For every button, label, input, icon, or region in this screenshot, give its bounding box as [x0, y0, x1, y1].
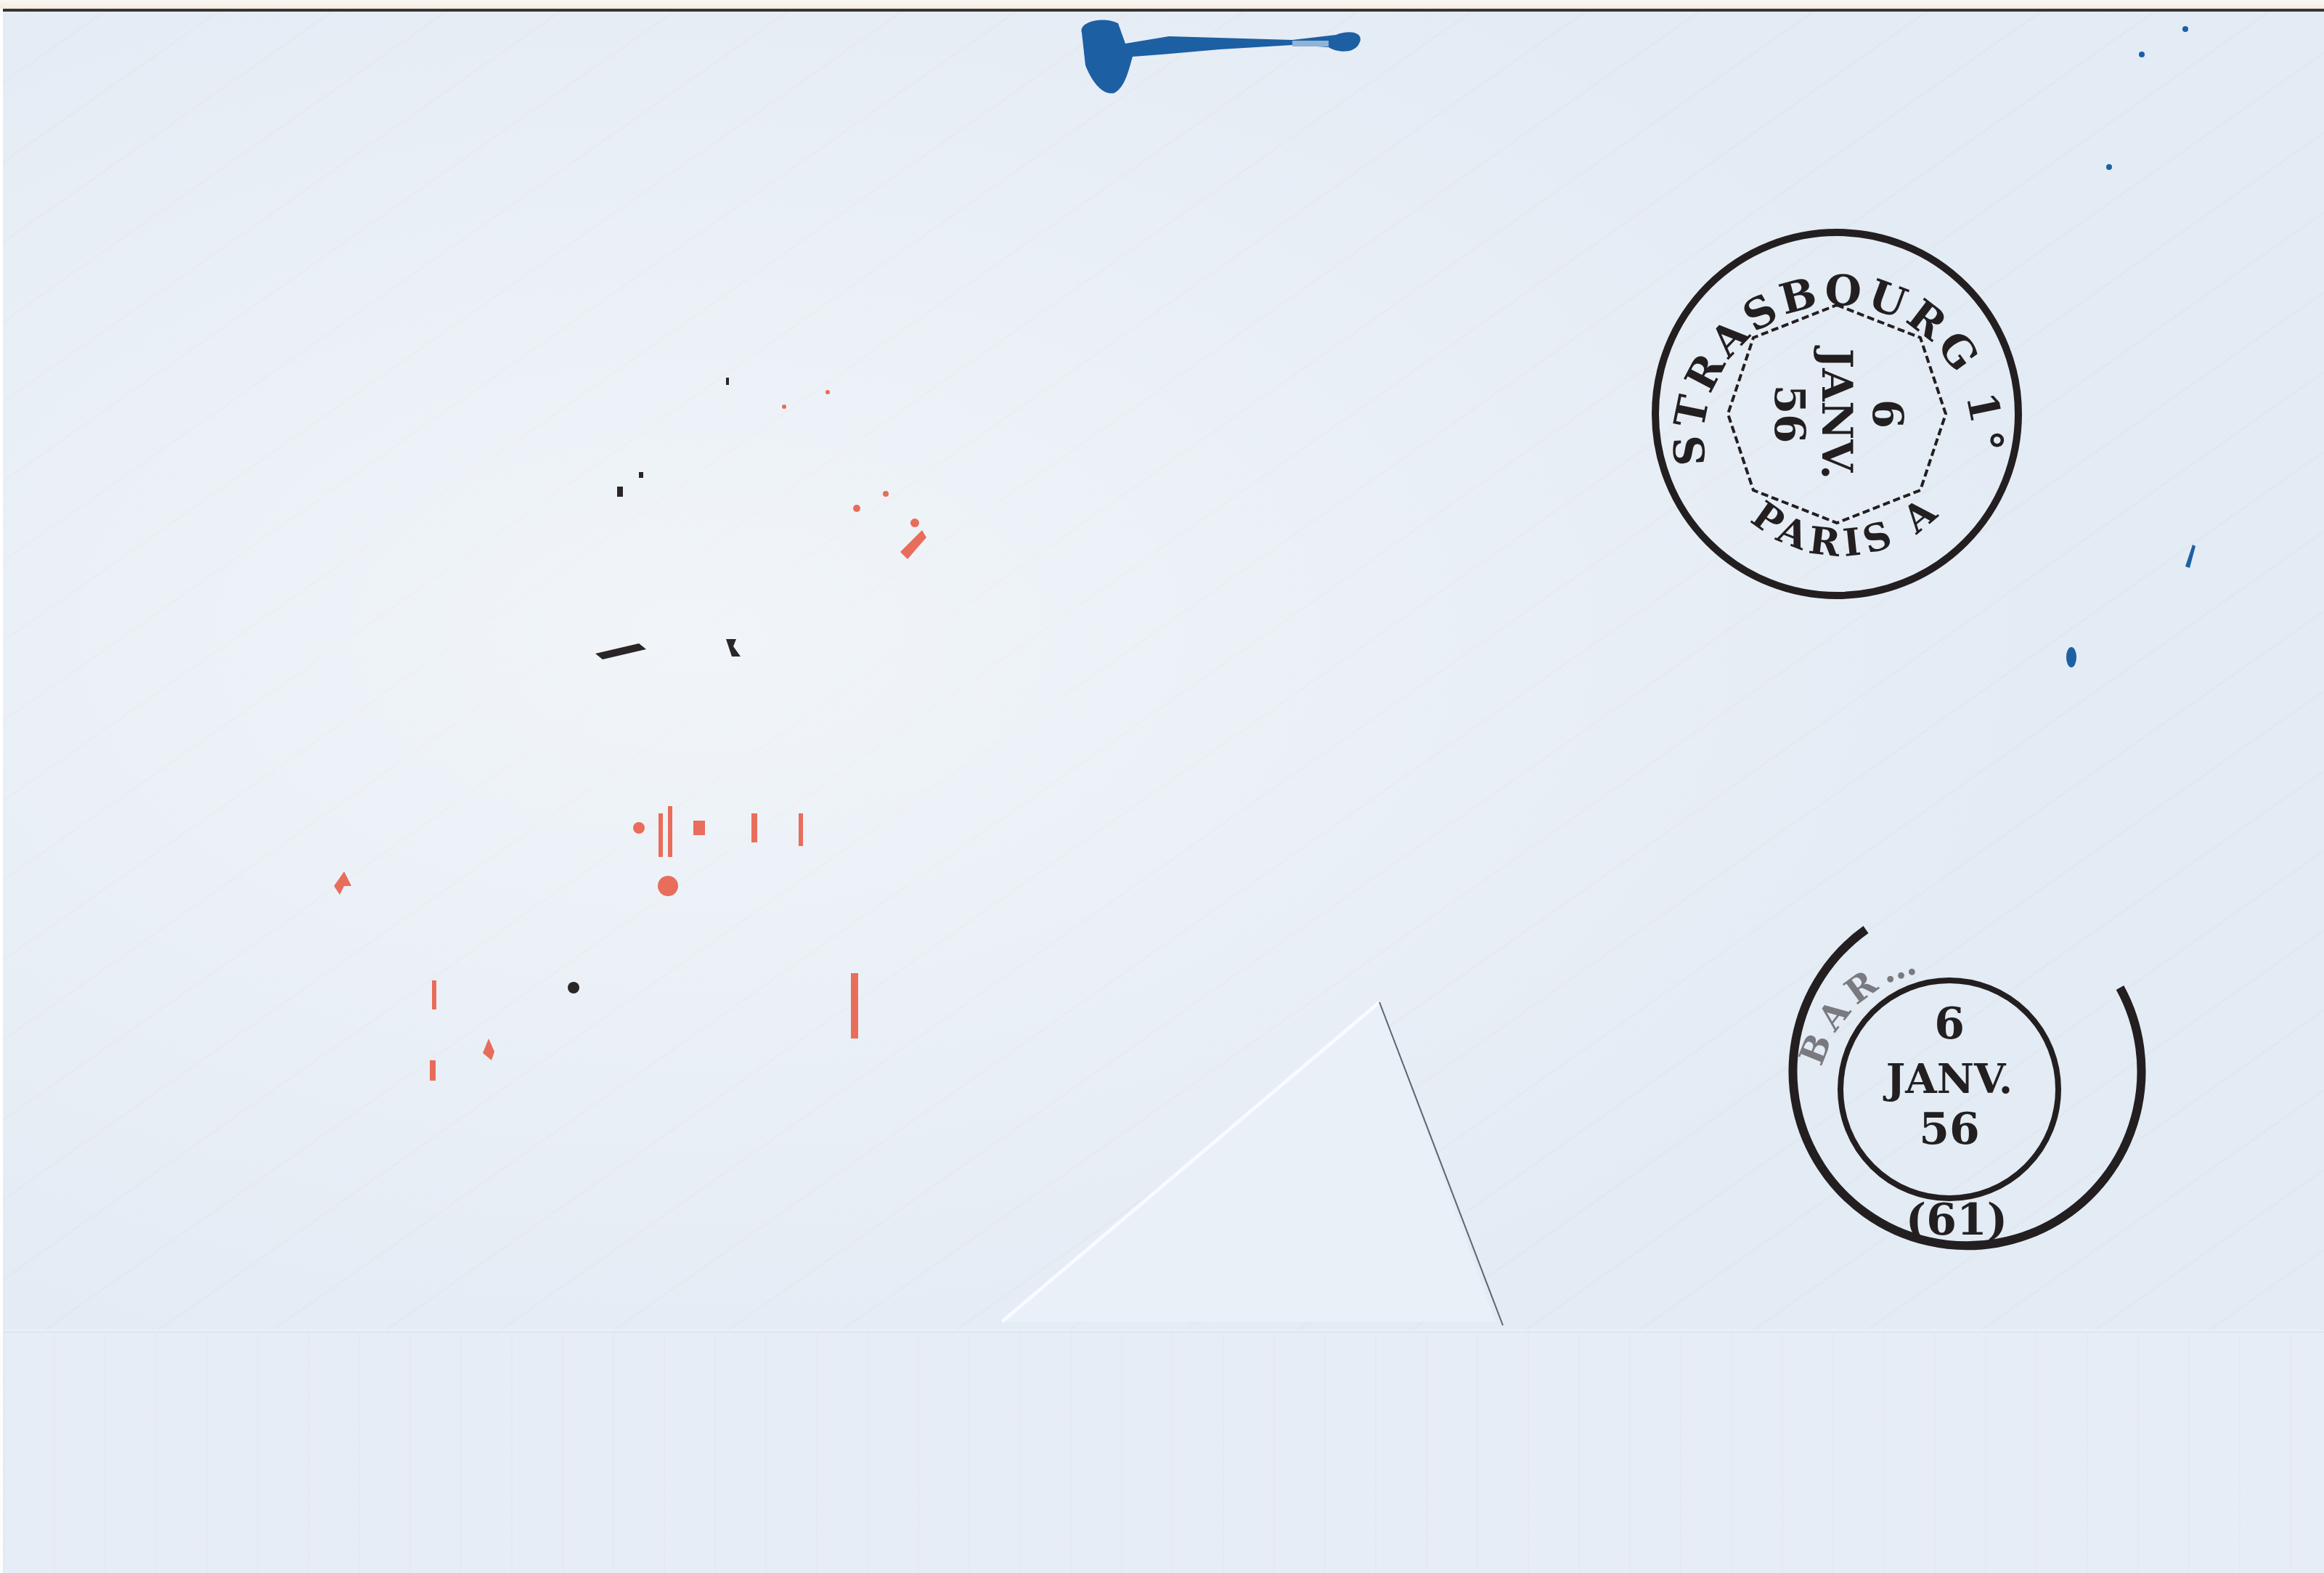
speck-icon [0, 0, 2324, 1573]
